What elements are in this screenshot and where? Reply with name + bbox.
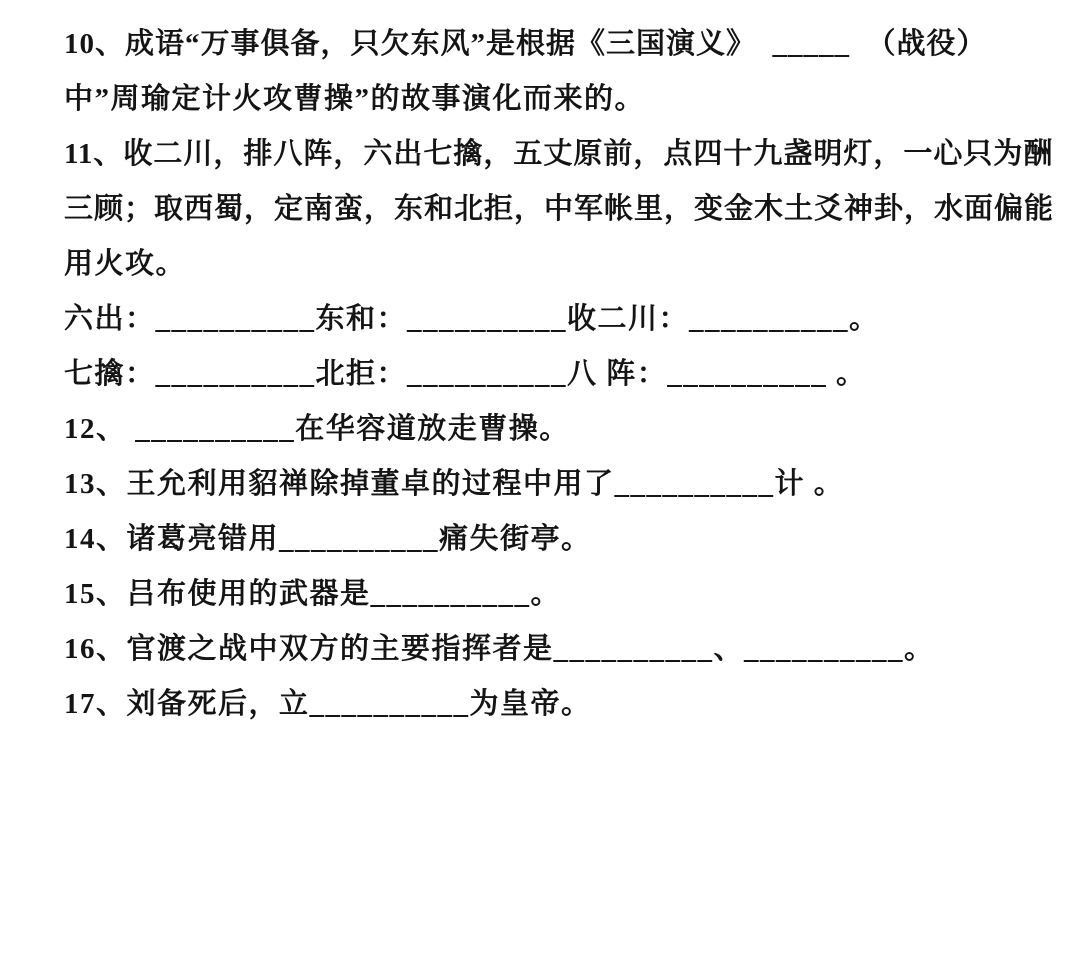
question-10-line-1: 10、成语“万事俱备，只欠东风”是根据《三国演义》 _____ （战役） <box>64 17 1030 72</box>
question-11-line-2: 三顾；取西蜀，定南蛮，东和北拒，中军帐里，变金木土爻神卦，水面偏能 <box>64 182 1030 237</box>
question-11-blanks-row-2: 七擒：__________北拒：__________八 阵：__________… <box>64 347 1030 402</box>
question-15: 15、吕布使用的武器是__________。 <box>64 567 1030 622</box>
question-17: 17、刘备死后，立__________为皇帝。 <box>64 677 1030 732</box>
question-16: 16、官渡之战中双方的主要指挥者是__________、__________。 <box>64 622 1030 677</box>
question-13: 13、王允利用貂禅除掉董卓的过程中用了__________计 。 <box>64 457 1030 512</box>
question-11-line-3: 用火攻。 <box>64 237 1030 292</box>
question-14: 14、诸葛亮错用__________痛失街亭。 <box>64 512 1030 567</box>
question-12: 12、 __________在华容道放走曹操。 <box>64 402 1030 457</box>
document-page: 10、成语“万事俱备，只欠东风”是根据《三国演义》 _____ （战役） 中”周… <box>0 0 1080 964</box>
question-11-line-1: 11、收二川，排八阵，六出七擒，五丈原前，点四十九盏明灯，一心只为酬 <box>64 127 1030 182</box>
question-11-blanks-row-1: 六出：__________东和：__________收二川：__________… <box>64 292 1030 347</box>
question-10-line-2: 中”周瑜定计火攻曹操”的故事演化而来的。 <box>64 72 1030 127</box>
